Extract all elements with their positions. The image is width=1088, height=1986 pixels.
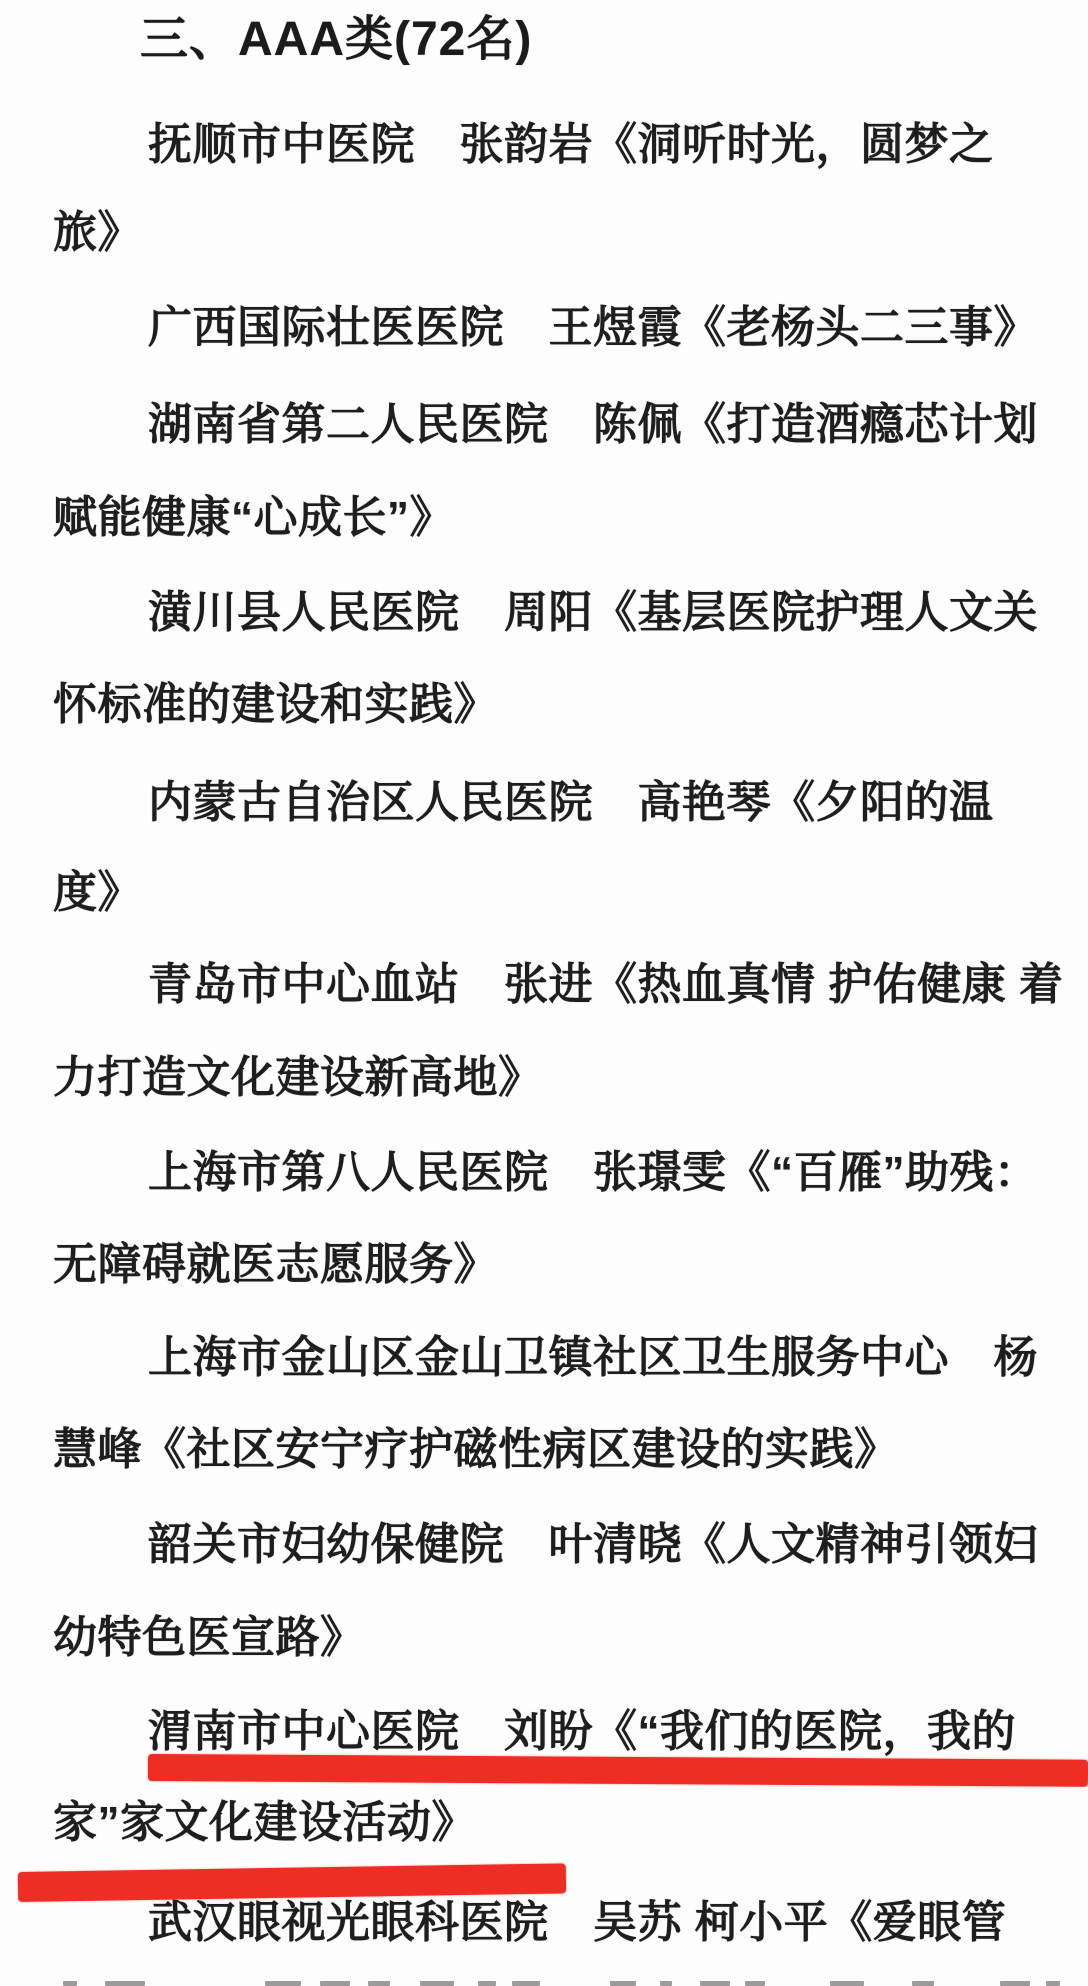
entry-line: 广西国际壮医医院 王煜霞《老杨头二三事》 xyxy=(148,303,1038,353)
entry-line: 内蒙古自治区人民医院 高艳琴《夕阳的温 xyxy=(148,778,994,828)
entry-line: 怀标准的建设和实践》 xyxy=(53,680,498,730)
entry-line: 幼特色医宣路》 xyxy=(53,1613,365,1663)
entry-line: 青岛市中心血站 张进《热血真情 护佑健康 着 xyxy=(148,960,1063,1010)
entry-line: 上海市第八人民医院 张璟雯《“百雁”助残： xyxy=(148,1148,1039,1198)
entry-line: 上海市金山区金山卫镇社区卫生服务中心 杨 xyxy=(148,1333,1038,1383)
red-underline-annotation-2 xyxy=(18,1863,566,1902)
red-underline-annotation-1 xyxy=(148,1754,1088,1787)
entry-line: 潢川县人民医院 周阳《基层医院护理人文关 xyxy=(148,588,1038,638)
document-page: 三、AAA类(72名) 抚顺市中医院 张韵岩《洞听时光，圆梦之 旅》 广西国际壮… xyxy=(0,0,1088,1986)
entry-line: 湖南省第二人民医院 陈佩《打造酒瘾芯计划 xyxy=(148,400,1038,450)
next-line-cropped-text xyxy=(0,1979,1088,1986)
entry-line: 韶关市妇幼保健院 叶清晓《人文精神引领妇 xyxy=(148,1520,1038,1570)
entry-line: 无障碍就医志愿服务》 xyxy=(53,1240,498,1290)
entry-line: 武汉眼视光眼科医院 吴苏 柯小平《爱眼管 xyxy=(148,1898,1006,1948)
entry-line: 度》 xyxy=(53,868,142,918)
entry-line: 渭南市中心医院 刘盼《“我们的医院，我的 xyxy=(148,1707,1016,1757)
entry-line: 旅》 xyxy=(53,208,142,258)
entry-line: 慧峰《社区安宁疗护磁性病区建设的实践》 xyxy=(53,1425,899,1475)
entry-line: 力打造文化建设新高地》 xyxy=(53,1053,543,1103)
entry-line: 抚顺市中医院 张韵岩《洞听时光，圆梦之 xyxy=(148,120,994,170)
section-heading: 三、AAA类(72名) xyxy=(140,12,532,68)
entry-line: 赋能健康“心成长”》 xyxy=(53,493,454,543)
entry-line: 家”家文化建设活动》 xyxy=(53,1798,476,1848)
